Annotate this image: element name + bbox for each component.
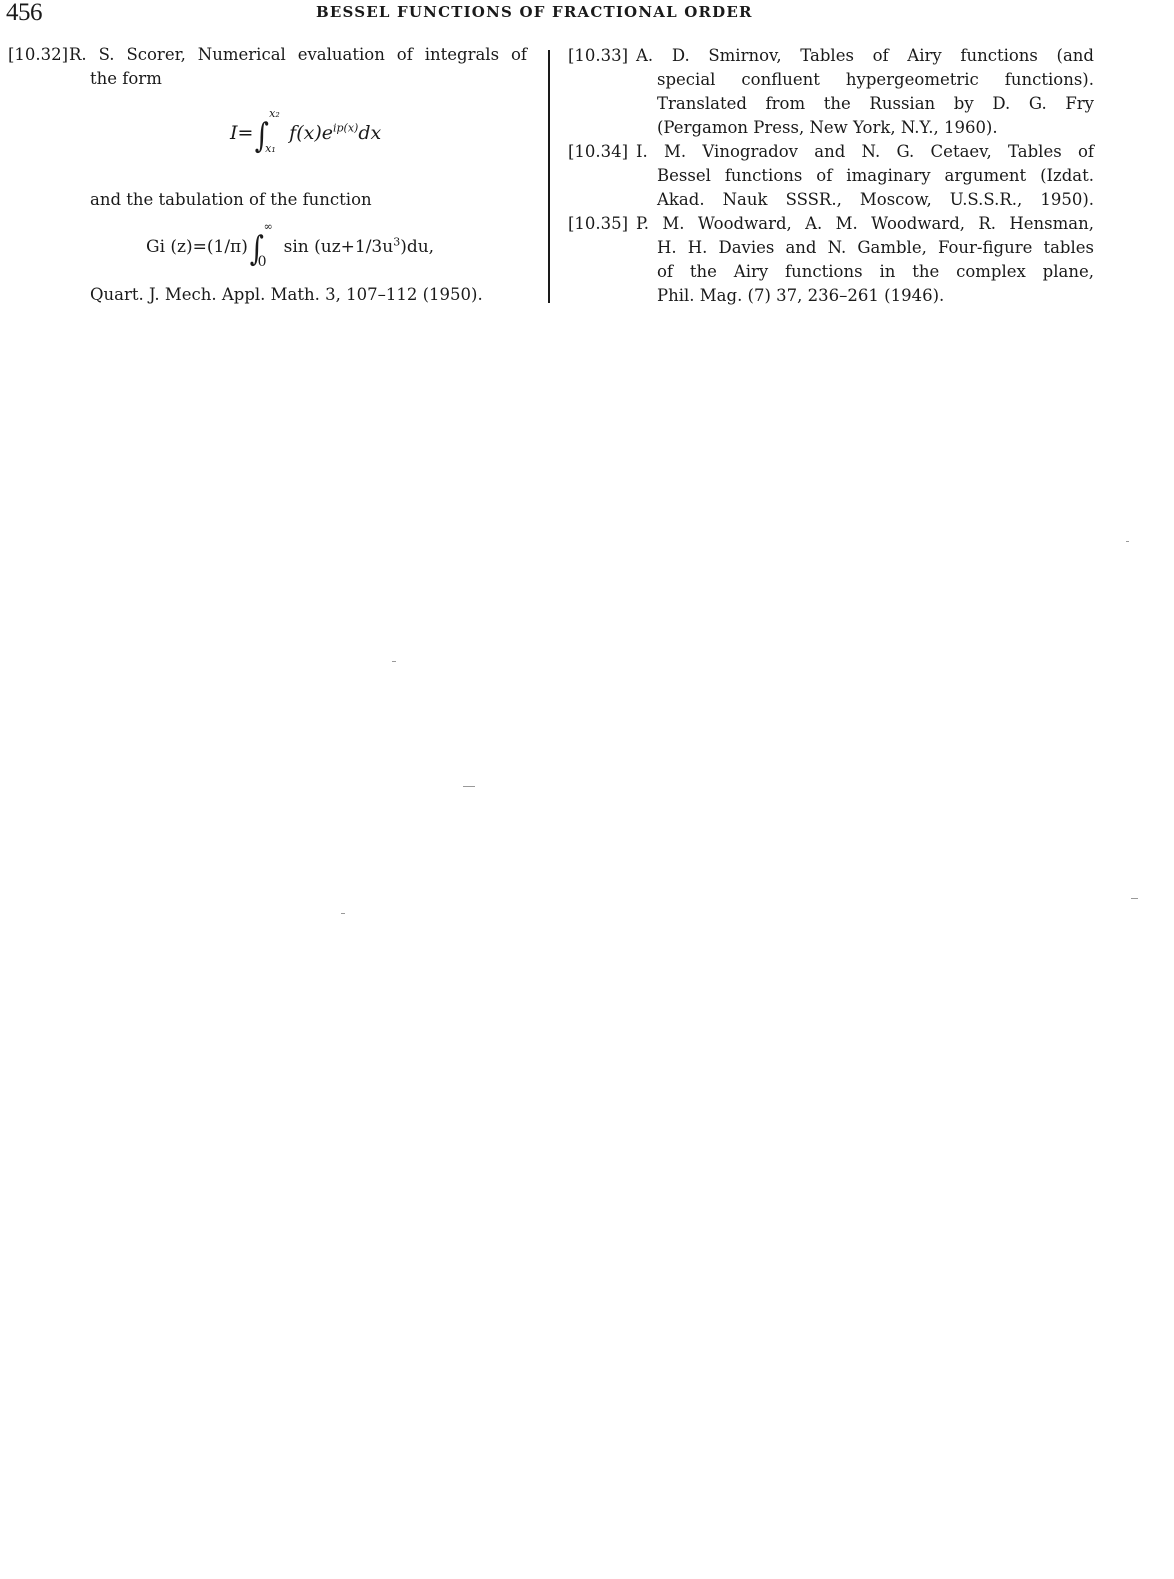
scan-speck bbox=[341, 913, 345, 914]
reference-label: [10.33] bbox=[568, 46, 628, 65]
integral-formula-I: I=∫x₂x₁f(x)eip(x)dx bbox=[230, 115, 381, 156]
reference-label: [10.34] bbox=[568, 142, 628, 161]
scan-speck bbox=[392, 661, 396, 662]
reference-text-line: P. M. Woodward, A. M. Woodward, R. Hensm… bbox=[636, 214, 1094, 233]
scan-speck bbox=[1131, 898, 1138, 899]
reference-label: [10.35] bbox=[568, 214, 628, 233]
formula-lhs: Gi (z)=(1/π) bbox=[146, 237, 248, 257]
column-divider bbox=[548, 50, 550, 303]
reference-text-line: A. D. Smirnov, Tables of Airy functions … bbox=[636, 46, 1094, 65]
scan-speck bbox=[463, 786, 475, 787]
formula-tail: )du, bbox=[400, 237, 434, 257]
lower-limit: 0 bbox=[258, 254, 267, 270]
reference-text-line: H. H. Davies and N. Gamble, Four-figure … bbox=[657, 238, 1094, 257]
reference-text-line: Translated from the Russian by D. G. Fry bbox=[657, 94, 1094, 113]
upper-limit: ∞ bbox=[264, 220, 273, 233]
formula-lhs: I= bbox=[230, 122, 253, 144]
reference-label: [10.32] bbox=[8, 45, 68, 64]
integral-formula-Gi: Gi (z)=(1/π)∫∞0sin (uz+1/3u3)du, bbox=[146, 228, 434, 269]
upper-limit: x₂ bbox=[269, 107, 280, 120]
reference-text-line: the form bbox=[90, 69, 162, 88]
reference-text-line: and the tabulation of the function bbox=[90, 190, 372, 209]
reference-text-line: I. M. Vinogradov and N. G. Cetaev, Table… bbox=[636, 142, 1094, 161]
citation: Quart. J. Mech. Appl. Math. 3, 107–112 (… bbox=[90, 285, 483, 304]
page-number: 456 bbox=[6, 0, 42, 27]
reference-text-line: Akad. Nauk SSSR., Moscow, U.S.S.R., 1950… bbox=[657, 190, 1094, 209]
differential: dx bbox=[358, 122, 381, 144]
integral-limits: ∞0 bbox=[266, 228, 284, 258]
reference-text-line: Bessel functions of imaginary argument (… bbox=[657, 166, 1094, 185]
running-head: BESSEL FUNCTIONS OF FRACTIONAL ORDER bbox=[316, 3, 753, 21]
reference-text-line: R. S. Scorer, Numerical evaluation of in… bbox=[69, 45, 527, 64]
scan-speck bbox=[1126, 541, 1129, 542]
reference-text-line: special confluent hypergeometric functio… bbox=[657, 70, 1094, 89]
reference-text-line: Phil. Mag. (7) 37, 236–261 (1946). bbox=[657, 286, 944, 305]
integrand: sin (uz+1/3u bbox=[284, 237, 394, 257]
reference-text-line: of the Airy functions in the complex pla… bbox=[657, 262, 1094, 281]
reference-text-line: (Pergamon Press, New York, N.Y., 1960). bbox=[657, 118, 998, 137]
exponent: ip(x) bbox=[333, 122, 358, 135]
integrand: f(x)e bbox=[289, 122, 333, 144]
lower-limit: x₁ bbox=[265, 142, 276, 155]
integral-limits: x₂x₁ bbox=[271, 115, 289, 145]
